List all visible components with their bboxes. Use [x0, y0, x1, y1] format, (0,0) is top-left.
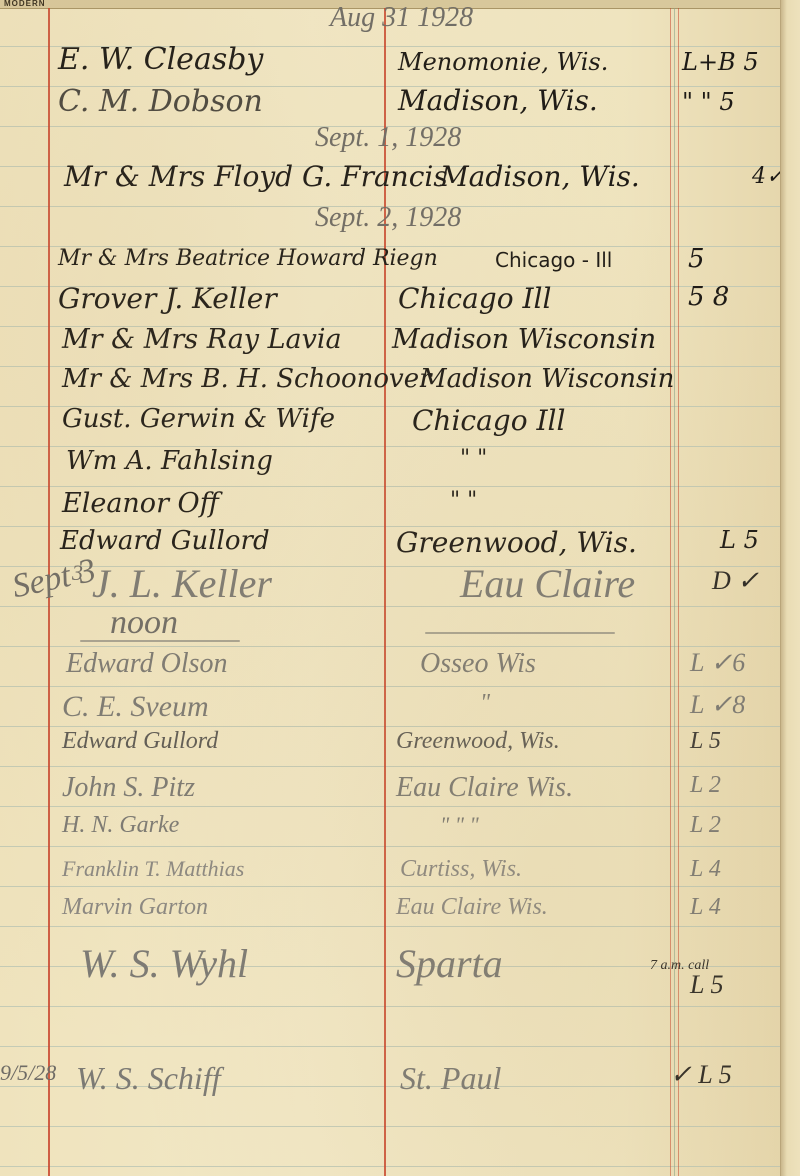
rule-line: [0, 486, 780, 487]
guest-residence: " ": [460, 446, 487, 471]
guest-residence: St. Paul: [400, 1060, 501, 1097]
guest-rate: L 4: [690, 894, 721, 921]
guest-residence: Menomonie, Wis.: [398, 48, 608, 76]
guest-name: Edward Olson: [66, 648, 228, 680]
date-heading: Sept. 1, 1928: [315, 122, 461, 154]
register-entry: John S. Pitz Eau Claire Wis. L 2: [0, 772, 780, 812]
guest-residence: " ": [450, 488, 477, 513]
register-entry: C. M. Dobson Madison, Wis. " " 5: [0, 84, 780, 124]
guest-rate: D ✓: [712, 566, 759, 596]
guest-rate: L 4: [690, 856, 721, 883]
register-entry: Mr & Mrs B. H. Schoonover Madison Wiscon…: [0, 364, 780, 404]
guest-name: Edward Gullord: [60, 526, 270, 556]
guest-residence: Chicago Ill: [398, 282, 551, 315]
register-entry: Grover J. Keller Chicago Ill 5 8: [0, 282, 780, 322]
guest-residence: Madison Wisconsin: [392, 324, 656, 355]
guest-residence: Chicago Ill: [412, 404, 565, 437]
guest-residence: Curtiss, Wis.: [400, 856, 522, 883]
guest-rate: 5: [688, 244, 705, 274]
guest-name: E. W. Cleasby: [58, 42, 263, 77]
guest-residence: ": [480, 690, 490, 717]
guest-rate: L 5: [720, 526, 759, 554]
guest-residence: Madison, Wis.: [440, 160, 640, 193]
noon-underline: [80, 640, 240, 642]
rule-line: [0, 1006, 780, 1007]
register-entry: E. W. Cleasby Menomonie, Wis. L+B 5: [0, 42, 780, 82]
guest-rate: L ✓6: [690, 648, 745, 678]
register-entry: C. E. Sveum " L ✓8: [0, 690, 780, 730]
guest-residence: Osseo Wis: [420, 648, 536, 680]
register-entry: Franklin T. Matthias Curtiss, Wis. L 4: [0, 856, 780, 896]
adjacent-page-edge: [780, 0, 800, 1176]
register-entry: Mr & Mrs Ray Lavia Madison Wisconsin: [0, 324, 780, 364]
register-entry: Gust. Gerwin & Wife Chicago Ill: [0, 404, 780, 444]
guest-name: Gust. Gerwin & Wife: [62, 404, 335, 434]
guest-residence: Greenwood, Wis.: [396, 526, 637, 559]
guest-residence: Greenwood, Wis.: [396, 728, 560, 755]
guest-rate: L ✓8: [690, 690, 745, 720]
register-entry: W. S. Schiff St. Paul ✓ L 5: [0, 1060, 780, 1100]
guest-name: Mr & Mrs Ray Lavia: [62, 324, 342, 355]
guest-name: C. E. Sveum: [62, 690, 209, 724]
date-heading: Sept. 2, 1928: [315, 202, 461, 234]
guest-name: J. L. Keller: [92, 560, 272, 607]
guest-name: Marvin Garton: [62, 894, 208, 921]
date-heading: Aug 31 1928: [330, 2, 473, 34]
rule-line: [0, 1166, 780, 1167]
guest-name: John S. Pitz: [62, 772, 195, 804]
guest-name: Franklin T. Matthias: [62, 856, 244, 882]
guest-name: Mr & Mrs Floyd G. Francis: [64, 160, 448, 193]
guest-name: Mr & Mrs Beatrice Howard Riegn: [58, 246, 438, 271]
guest-rate: " " 5: [682, 88, 735, 116]
register-entry: Edward Gullord Greenwood, Wis. L 5: [0, 728, 780, 768]
guest-residence: Eau Claire: [460, 560, 635, 607]
guest-residence: Eau Claire Wis.: [396, 894, 548, 921]
register-entry: J. L. Keller Eau Claire D ✓: [0, 566, 780, 606]
noon-label: noon: [110, 604, 178, 642]
ledger-page: MODERN Aug 31 1928 Sept. 1, 1928 Sept. 2…: [0, 0, 780, 1176]
guest-rate: L 5: [690, 970, 724, 1000]
register-entry: Mr & Mrs Floyd G. Francis Madison, Wis. …: [0, 160, 780, 200]
rule-line: [0, 1046, 780, 1047]
guest-name: C. M. Dobson: [58, 84, 263, 119]
guest-rate: 4✓: [752, 164, 780, 189]
section-underline: [425, 632, 615, 634]
guest-name: W. S. Schiff: [76, 1060, 221, 1097]
guest-rate: L+B 5: [682, 48, 759, 76]
rule-line: [0, 1126, 780, 1127]
guest-rate: L 5: [690, 728, 721, 755]
guest-rate: ✓ L 5: [670, 1060, 732, 1090]
register-entry: Edward Olson Osseo Wis L ✓6: [0, 648, 780, 688]
guest-residence: Eau Claire Wis.: [396, 772, 573, 804]
register-entry: Wm A. Fahlsing " ": [0, 446, 780, 486]
register-entry: Eleanor Off " ": [0, 488, 780, 528]
guest-residence: Sparta: [396, 940, 503, 987]
guest-residence: " " ": [440, 812, 479, 838]
guest-name: W. S. Wyhl: [80, 940, 248, 987]
guest-name: Eleanor Off: [62, 488, 219, 519]
guest-name: Wm A. Fahlsing: [66, 446, 273, 476]
guest-rate: L 2: [690, 812, 721, 839]
register-entry: W. S. Wyhl Sparta L 5: [0, 944, 780, 984]
guest-name: Grover J. Keller: [58, 282, 277, 315]
register-entry: H. N. Garke " " " L 2: [0, 812, 780, 852]
guest-name: Mr & Mrs B. H. Schoonover: [62, 364, 432, 394]
guest-residence: Chicago - Ill: [495, 248, 612, 272]
guest-rate: L 2: [690, 772, 721, 799]
register-entry: Marvin Garton Eau Claire Wis. L 4: [0, 894, 780, 934]
register-entry: Mr & Mrs Beatrice Howard Riegn Chicago -…: [0, 242, 780, 282]
guest-residence: Madison, Wis.: [398, 84, 598, 117]
guest-name: H. N. Garke: [62, 812, 179, 839]
guest-rate: 5 8: [688, 282, 729, 312]
guest-residence: Madison Wisconsin: [420, 364, 674, 394]
guest-name: Edward Gullord: [62, 728, 218, 755]
rule-line: [0, 646, 780, 647]
